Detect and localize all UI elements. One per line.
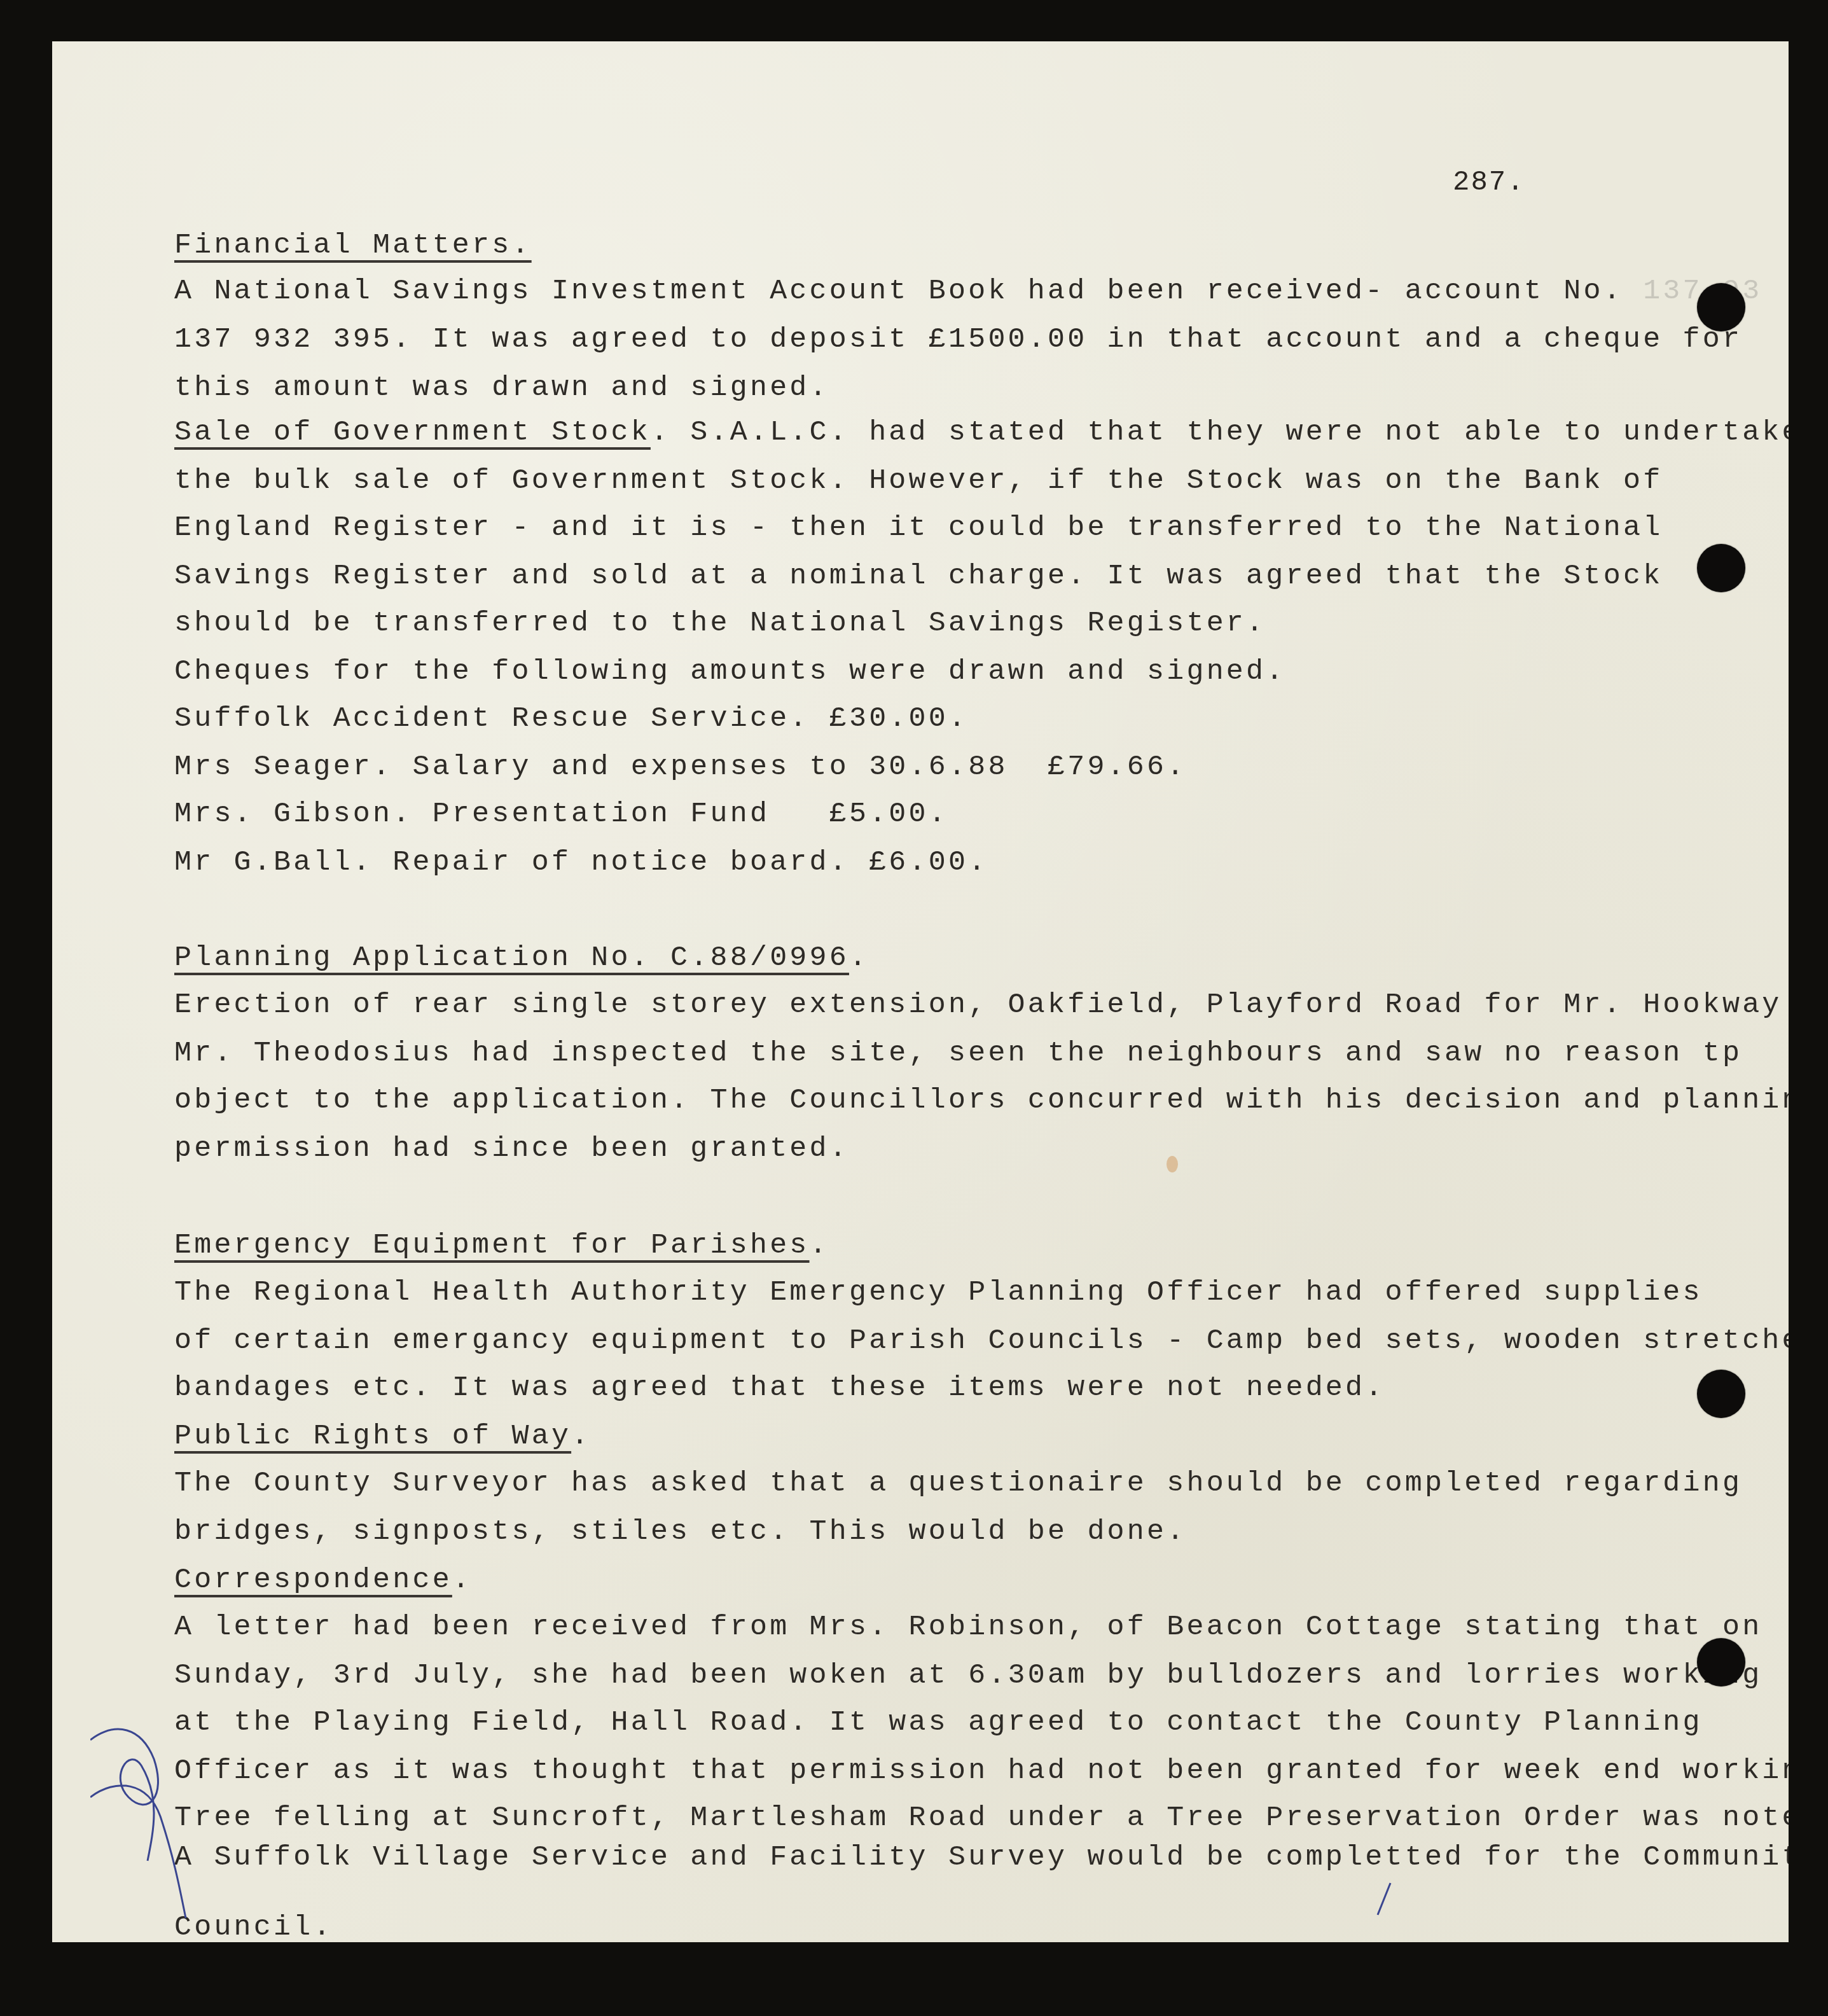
cheque-item: Mr G.Ball. Repair of notice board. £6.00… xyxy=(174,848,988,877)
government-stock-line: the bulk sale of Government Stock. Howev… xyxy=(174,466,1663,495)
emergency-line: bandages etc. It was agreed that these i… xyxy=(174,1373,1385,1402)
section-heading-financial: Financial Matters. xyxy=(174,231,532,260)
correspondence-line: at the Playing Field, Hall Road. It was … xyxy=(174,1708,1703,1737)
government-stock-line: should be transferred to the National Sa… xyxy=(174,609,1266,637)
punch-hole xyxy=(1697,544,1745,592)
planning-line: Mr. Theodosius had inspected the site, s… xyxy=(174,1039,1742,1067)
planning-line: Erection of rear single storey extension… xyxy=(174,991,1789,1019)
correspondence-line: A letter had been received from Mrs. Rob… xyxy=(174,1613,1762,1641)
correspondence-line: A Suffolk Village Service and Facility S… xyxy=(174,1843,1789,1872)
pen-correction-icon xyxy=(1371,1880,1397,1918)
planning-line: permission had since been granted. xyxy=(174,1134,849,1163)
financial-line: A National Savings Investment Account Bo… xyxy=(174,277,1762,305)
punch-hole xyxy=(1697,1638,1745,1686)
cheque-item: Mrs Seager. Salary and expenses to 30.6.… xyxy=(174,753,1186,781)
emergency-line: of certain emergancy equipment to Parish… xyxy=(174,1326,1789,1355)
government-stock-line: England Register - and it is - then it c… xyxy=(174,513,1663,542)
emergency-line: The Regional Health Authority Emergency … xyxy=(174,1278,1703,1307)
section-heading-government-stock: Sale of Government Stock. S.A.L.C. had s… xyxy=(174,418,1789,447)
section-heading-planning: Planning Application No. C.88/0996. xyxy=(174,943,869,972)
paper-stain xyxy=(1167,1156,1178,1172)
correspondence-line: Sunday, 3rd July, she had been woken at … xyxy=(174,1661,1762,1690)
section-heading-emergency: Emergency Equipment for Parishes. xyxy=(174,1231,829,1260)
section-heading-rights-of-way: Public Rights of Way. xyxy=(174,1422,591,1450)
financial-line: 137 932 395. It was agreed to deposit £1… xyxy=(174,325,1742,354)
financial-line: this amount was drawn and signed. xyxy=(174,373,829,402)
punch-hole xyxy=(1697,283,1745,331)
correspondence-line: Council. xyxy=(174,1913,333,1942)
section-heading-correspondence: Correspondence. xyxy=(174,1566,472,1594)
cheques-intro: Cheques for the following amounts were d… xyxy=(174,657,1285,686)
cheque-item: Suffolk Accident Rescue Service. £30.00. xyxy=(174,704,968,733)
correspondence-line: Tree felling at Suncroft, Martlesham Roa… xyxy=(174,1804,1789,1832)
rights-of-way-line: The County Surveyor has asked that a que… xyxy=(174,1469,1742,1498)
planning-line: object to the application. The Councillo… xyxy=(174,1086,1789,1115)
document-page: 287. Financial Matters. A National Savin… xyxy=(52,41,1789,1942)
rights-of-way-line: bridges, signposts, stiles etc. This wou… xyxy=(174,1517,1186,1546)
punch-hole xyxy=(1697,1370,1745,1418)
correspondence-line: Officer as it was thought that permissio… xyxy=(174,1756,1789,1785)
government-stock-line: Savings Register and sold at a nominal c… xyxy=(174,562,1663,590)
cheque-item: Mrs. Gibson. Presentation Fund £5.00. xyxy=(174,800,948,828)
page-number: 287. xyxy=(1453,167,1525,198)
